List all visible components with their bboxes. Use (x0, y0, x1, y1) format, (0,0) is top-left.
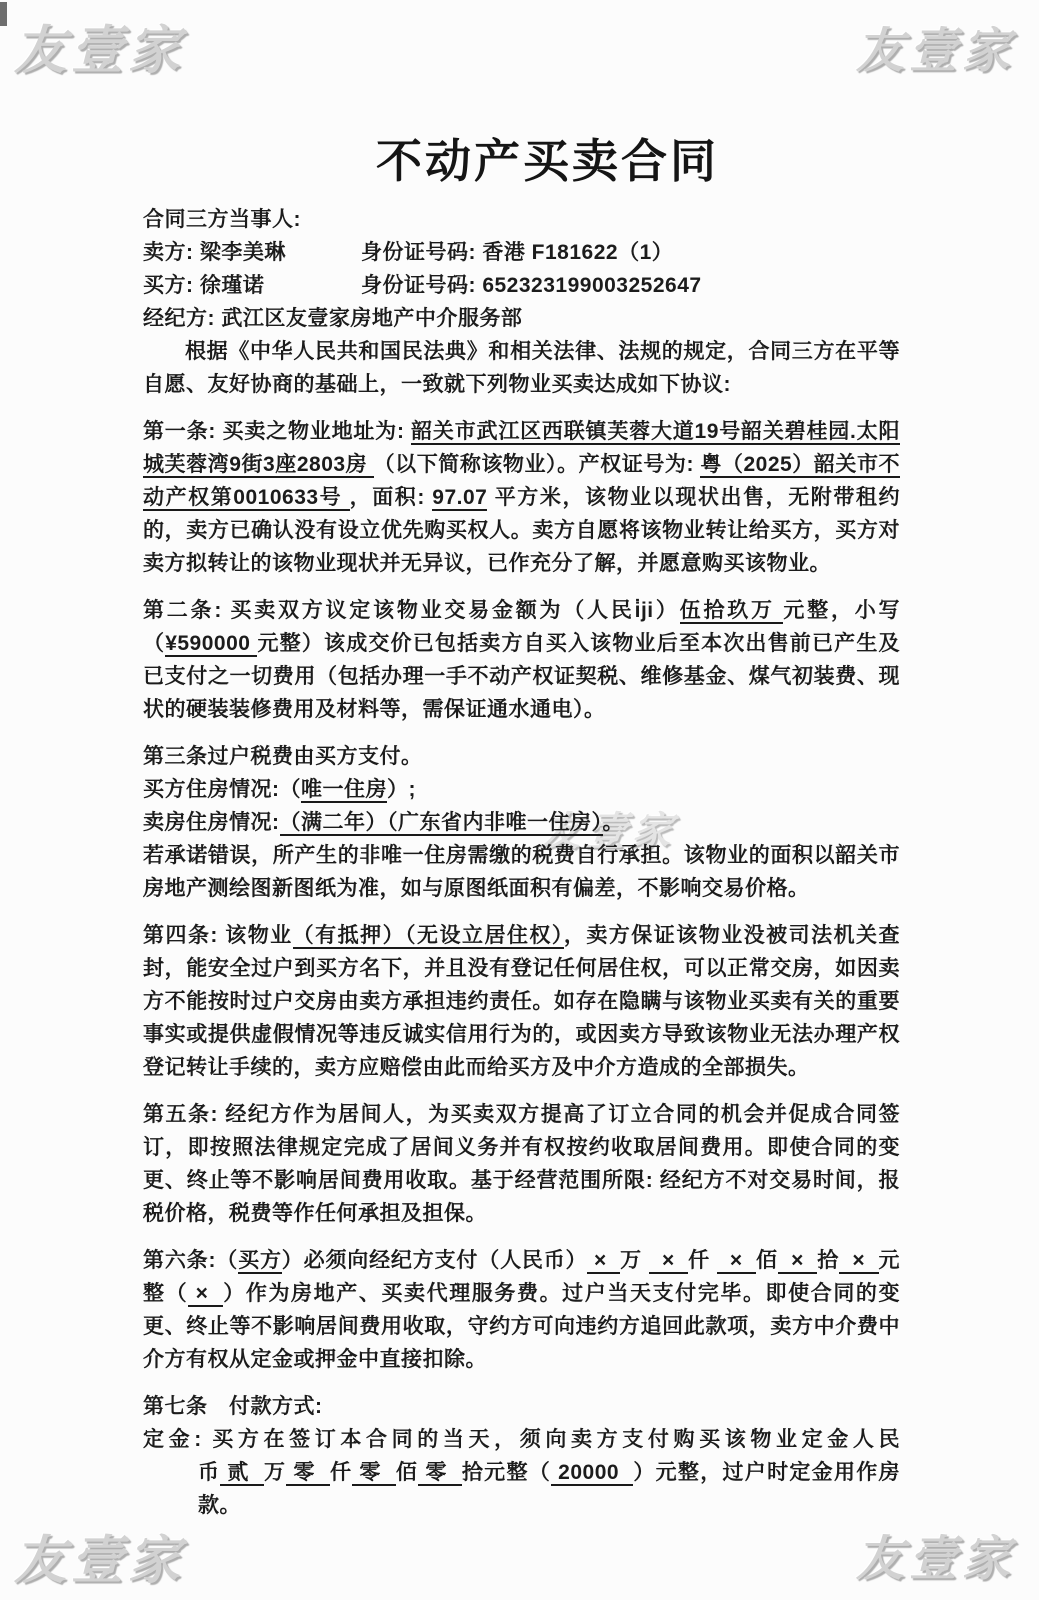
contract-body: 合同三方当事人: 卖方: 梁李美琳身份证号码: 香港 F181622（1）买方:… (143, 203, 900, 1522)
text-run: 第三条过户税费由买方支付。 (143, 745, 423, 768)
text-run: 卖房住房情况: (143, 811, 280, 834)
text-run: 仟 (330, 1461, 352, 1484)
filled-in-value: （有抵押）（无设立居住权） (293, 924, 564, 949)
parties-heading: 合同三方当事人: (143, 203, 900, 236)
scan-artifact (0, 2, 7, 26)
text-run: 佰 (396, 1461, 418, 1484)
watermark-top-left: 友壹家 (14, 8, 185, 83)
clause-2: 第二条: 买卖双方议定该物业交易金额为（人民i̇ji）伍拾玖万 元整，小写（¥5… (143, 594, 900, 726)
text-run: （以下简称该物业）。产权证号为: (374, 453, 701, 476)
filled-in-value: × (778, 1249, 817, 1274)
filled-in-value: 97.07 (432, 486, 487, 511)
clause-3-line-4: 若承诺错误，所产生的非唯一住房需缴的税费自行承担。该物业的面积以韶关市房地产测绘… (143, 839, 900, 905)
text-run: 仟 (688, 1249, 717, 1272)
text-run: 佰 (756, 1249, 778, 1272)
clause-1: 第一条: 买卖之物业地址为: 韶关市武江区西联镇芙蓉大道19号韶关碧桂园.太阳城… (143, 415, 900, 580)
filled-in-value: 唯一住房 (301, 778, 387, 803)
party-id-number: 身份证号码: 香港 F181622（1） (361, 236, 900, 269)
clause-6: 第六条:（买方）必须向经纪方支付（人民币） × 万 × 仟 × 佰 × 拾 × … (143, 1244, 900, 1376)
party-name: 买方: 徐瑾诺 (143, 269, 361, 302)
text-run: ，面积: (350, 486, 433, 509)
filled-in-value: 零 (352, 1461, 396, 1486)
filled-in-value: 零 (286, 1461, 330, 1486)
text-run: 买方住房情况:（ (143, 778, 301, 801)
text-run: 万 (264, 1461, 286, 1484)
text-run: ）作为房地产、买卖代理服务费。过户当天支付完毕。即使合同的变更、终止等不影响居间… (143, 1282, 900, 1371)
clause-3-line-2: 买方住房情况:（唯一住房）; (143, 773, 900, 806)
watermark-bottom-left: 友壹家 (14, 1518, 185, 1593)
text-run: 第一条: 买卖之物业地址为: (143, 420, 411, 443)
filled-in-value: 伍拾玖万 (680, 599, 784, 624)
text-run: 第七条 付款方式: (143, 1395, 323, 1418)
filled-in-value: 20000 (551, 1461, 633, 1486)
text-run: 。 (603, 811, 625, 834)
party-row: 卖方: 梁李美琳身份证号码: 香港 F181622（1） (143, 236, 900, 269)
text-run: 万 (620, 1249, 649, 1272)
watermark-bottom-right: 友壹家 (856, 1520, 1015, 1589)
preamble: 根据《中华人民共和国民法典》和相关法律、法规的规定，合同三方在平等自愿、友好协商… (143, 335, 900, 401)
party-id-number: 身份证号码: 652323199003252647 (361, 269, 900, 302)
text-run: 第六条:（ (143, 1249, 238, 1272)
filled-in-value: 贰 (220, 1461, 264, 1486)
filled-in-value: （满二年）（广东省内非唯一住房） (280, 811, 603, 836)
contract-scan-page: 友壹家 友壹家 友壹家 友壹家 友壹家 不动产买卖合同 合同三方当事人: 卖方:… (0, 0, 1039, 1600)
filled-in-value: × (188, 1282, 223, 1307)
party-name: 卖方: 梁李美琳 (143, 236, 361, 269)
filled-in-value: × (587, 1249, 620, 1274)
parties-section: 卖方: 梁李美琳身份证号码: 香港 F181622（1）买方: 徐瑾诺身份证号码… (143, 236, 900, 335)
filled-in-value: × (839, 1249, 878, 1274)
party-row: 买方: 徐瑾诺身份证号码: 652323199003252647 (143, 269, 900, 302)
clause-5: 第五条: 经纪方作为居间人，为买卖双方提高了订立合同的机会并促成合同签订，即按照… (143, 1098, 900, 1230)
page-title: 不动产买卖合同 (0, 134, 1039, 189)
filled-in-value: × (649, 1249, 688, 1274)
clause-3-line-3: 卖房住房情况:（满二年）（广东省内非唯一住房）。 (143, 806, 900, 839)
text-run: 第五条: 经纪方作为居间人，为买卖双方提高了订立合同的机会并促成合同签订，即按照… (143, 1103, 900, 1225)
party-row: 经纪方: 武江区友壹家房地产中介服务部 (143, 302, 900, 335)
text-run: 若承诺错误，所产生的非唯一住房需缴的税费自行承担。该物业的面积以韶关市房地产测绘… (143, 844, 900, 900)
filled-in-value: 零 (418, 1461, 462, 1486)
text-run: ）; (387, 778, 416, 801)
watermark-top-right: 友壹家 (856, 12, 1015, 81)
text-run: ）必须向经纪方支付（人民币） (282, 1249, 588, 1272)
text-run: 第四条: 该物业 (143, 924, 293, 947)
clause-7-heading: 第七条 付款方式: (143, 1390, 900, 1423)
filled-in-value: ¥590000 (165, 632, 257, 657)
clause-4: 第四条: 该物业（有抵押）（无设立居住权），卖方保证该物业没被司法机关查封，能安… (143, 919, 900, 1084)
text-run: 元整）该成交价已包括卖方自买入该物业后至本次出售前已产生及已支付之一切费用（包括… (143, 632, 900, 721)
clause-7-deposit: 定金: 买方在签订本合同的当天，须向卖方支付购买该物业定金人民币 贰 万 零 仟… (143, 1423, 900, 1522)
clause-3-line-1: 第三条过户税费由买方支付。 (143, 740, 900, 773)
filled-in-value: × (717, 1249, 756, 1274)
text-run: 第二条: 买卖双方议定该物业交易金额为（人民i̇ji） (143, 599, 680, 622)
filled-in-value: 买方 (238, 1249, 282, 1274)
text-run: 拾 (817, 1249, 839, 1272)
clauses-section: 第一条: 买卖之物业地址为: 韶关市武江区西联镇芙蓉大道19号韶关碧桂园.太阳城… (143, 415, 900, 1522)
text-run: 拾元整（ (462, 1461, 551, 1484)
